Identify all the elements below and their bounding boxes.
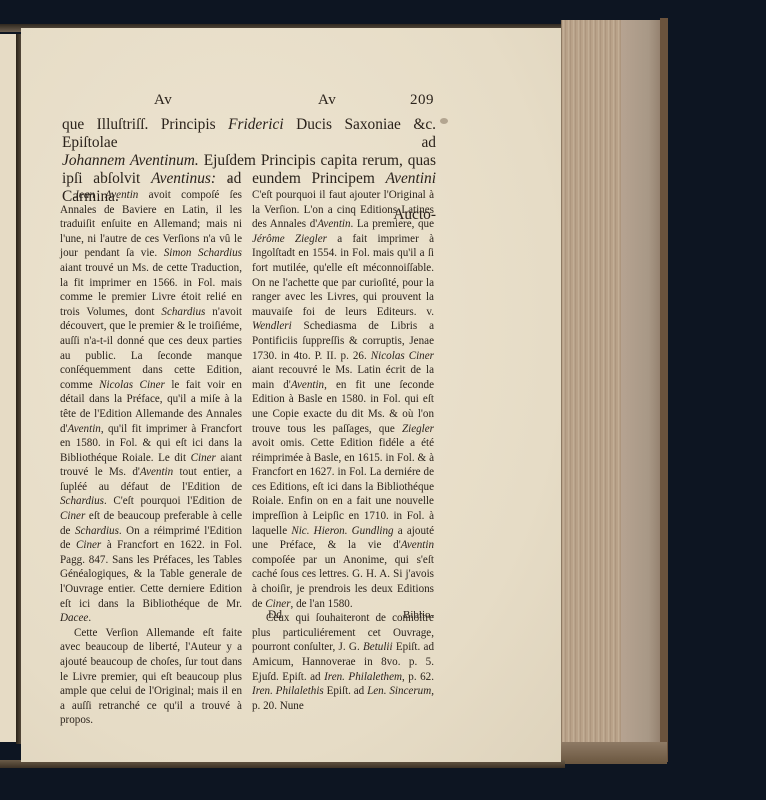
italic-name: Friderici: [228, 116, 284, 133]
italic-name: Schardius: [75, 525, 119, 537]
ink-stain: [440, 118, 448, 124]
italic-name: Schardius: [161, 306, 205, 318]
text-run: , p. 62.: [402, 671, 434, 683]
italic-name: Ciner: [76, 539, 101, 551]
italic-name: Nicolas Ciner: [99, 379, 165, 391]
italic-name: Len. Sincerum: [367, 685, 431, 697]
text-run: , de l'an 1580.: [291, 598, 353, 610]
text-run: Epiſt. ad: [324, 685, 367, 697]
text-run: ad eundem Principem: [216, 170, 386, 187]
italic-name: Iren. Philalethis: [252, 685, 324, 697]
page-number: 209: [410, 92, 434, 109]
italic-name: Aventinus:: [151, 170, 216, 187]
italic-name: Ciner: [60, 510, 85, 522]
italic-name: Ziegler: [402, 423, 434, 435]
italic-name: Iren. Philalethem: [324, 671, 402, 683]
text-run: que Illuſtriſſ. Principis: [62, 116, 228, 133]
text-run: ipſi abſolvit: [62, 170, 151, 187]
italic-name: Nicolas Ciner: [371, 350, 434, 362]
left-column: Jean Aventin avoit compoſé ſes Annales d…: [60, 188, 242, 728]
italic-name: Aventin: [68, 423, 101, 435]
italic-name: Ciner: [265, 598, 290, 610]
italic-name: Jean Aventin: [74, 189, 138, 201]
text-run: Cette Verſion Allemande eſt faite avec b…: [60, 627, 242, 727]
signature-mark: Dd: [268, 609, 282, 621]
intro-line: que Illuſtriſſ. Principis Friderici Duci…: [62, 116, 436, 152]
italic-name: Aventini: [386, 170, 436, 187]
paragraph: Jean Aventin avoit compoſé ſes Annales d…: [60, 188, 242, 626]
paragraph: Ceux qui ſouhaiteront de connoître plus …: [252, 611, 434, 713]
book-cover-corner: [561, 742, 667, 764]
paragraph: Cette Verſion Allemande eſt faite avec b…: [60, 626, 242, 728]
catchword: Biblio-: [403, 609, 434, 621]
italic-name: Schardius: [60, 495, 104, 507]
italic-name: Johannem Aventinum.: [62, 152, 199, 169]
italic-name: Betulii: [363, 641, 393, 653]
italic-name: Ciner: [191, 452, 216, 464]
running-head-center: Av: [318, 92, 336, 109]
book-cover-edge: [660, 18, 668, 762]
italic-name: Aventin: [401, 539, 434, 551]
text-run: . La premiere, que: [351, 218, 434, 230]
italic-name: Aventin: [291, 379, 324, 391]
running-head-left: Av: [154, 92, 172, 109]
italic-name: Simon Schardius: [164, 247, 242, 259]
text-run: . C'eſt pourquoi l'Edition de: [104, 495, 242, 507]
intro-line: Johannem Aventinum. Ejuſdem Principis ca…: [62, 152, 436, 170]
paragraph: C'eſt pourquoi il faut ajouter l'Origina…: [252, 188, 434, 611]
text-run: a fait imprimer à Ingolſtadt en 1554. in…: [252, 233, 434, 318]
running-head: Av Av 209: [62, 92, 434, 114]
italic-name: Aventin: [317, 218, 350, 230]
right-column: C'eſt pourquoi il faut ajouter l'Origina…: [252, 188, 434, 713]
italic-name: Aventin: [140, 466, 173, 478]
text-run: avoit omis. Cette Edition fidéle a été r…: [252, 437, 434, 537]
text-run: Ejuſdem Principis capita rerum, quas: [199, 152, 436, 169]
italic-name: Jérôme Ziegler: [252, 233, 327, 245]
italic-name: Nic. Hieron. Gundling: [291, 525, 393, 537]
italic-name: Wendleri: [252, 320, 292, 332]
text-run: .: [88, 612, 91, 624]
italic-name: Dacee: [60, 612, 88, 624]
